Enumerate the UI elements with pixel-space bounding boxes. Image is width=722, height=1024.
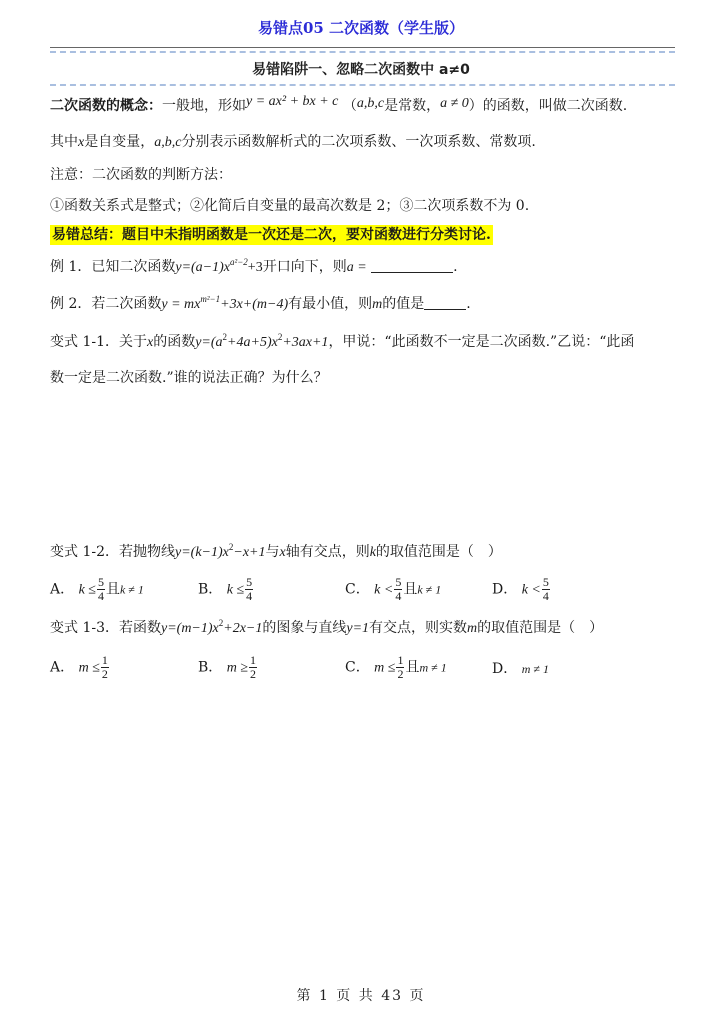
params: a,b,c: [154, 135, 181, 150]
option-a[interactable]: A． m ≤12: [50, 654, 110, 681]
option-a[interactable]: A． k ≤54且k ≠ 1: [50, 576, 144, 603]
option-b[interactable]: B． k ≤54: [198, 576, 254, 603]
var: m: [372, 297, 382, 312]
text: 是常数，: [384, 98, 440, 114]
section-dashed-rule: [50, 84, 675, 86]
formula: −x+1: [233, 545, 265, 560]
option-tail: k ≠ 1: [417, 583, 441, 597]
option-label: D．: [492, 661, 517, 677]
text: ）的函数，叫做二次函数.: [469, 98, 627, 114]
text: 是自变量，: [84, 134, 154, 150]
answer-blank[interactable]: [424, 295, 466, 310]
text: （: [343, 98, 357, 114]
text: 有交点，则实数: [369, 620, 467, 636]
text: 且: [106, 582, 120, 598]
numerator: 5: [542, 576, 550, 590]
text: 轴有交点，则: [286, 544, 370, 560]
option-c[interactable]: C． m ≤12且m ≠ 1: [345, 654, 447, 681]
variant-1-3: 变式 1-3．若函数y=(m−1)x2+2x−1的图象与直线y=1有交点，则实数…: [50, 618, 603, 639]
var: a =: [347, 260, 367, 275]
text: .: [453, 259, 457, 275]
text: 的函数: [153, 334, 195, 350]
text: 的取值范围是（ ）: [477, 620, 603, 636]
variant-1-1-line2: 数一定是二次函数.”谁的说法正确？为什么？: [50, 368, 328, 388]
fraction: 54: [542, 576, 550, 603]
option-label: D．: [492, 582, 517, 598]
option-d[interactable]: D． m ≠ 1: [492, 658, 549, 678]
explain-line: 其中x是自变量，a,b,c分别表示函数解析式的二次项系数、一次项系数、常数项.: [50, 132, 536, 153]
option-b[interactable]: B． m ≥12: [198, 654, 258, 681]
page-title: 易错点05 二次函数（学生版）: [0, 17, 722, 38]
summary-line: 易错总结：题目中未指明函数是一次还是二次，要对函数进行分类讨论.: [50, 225, 493, 245]
text: 变式 1-3．若函数: [50, 620, 161, 636]
concept-label: 二次函数的概念：: [50, 98, 162, 114]
option-c[interactable]: C． k <54且k ≠ 1: [345, 576, 441, 603]
numerator: 1: [101, 654, 109, 668]
fraction: 54: [97, 576, 105, 603]
fraction: 12: [396, 654, 404, 681]
summary-highlight: 易错总结：题目中未指明函数是一次还是二次，要对函数进行分类讨论.: [50, 225, 493, 245]
exponent: a²−2: [230, 257, 248, 267]
concept-line: 二次函数的概念：一般地，形如y = ax² + bx + c （a,b,c是常数…: [50, 96, 627, 117]
text: 的值是: [382, 296, 424, 312]
denominator: 2: [102, 668, 108, 681]
text: 开口向下，则: [263, 259, 347, 275]
option-label: B．: [198, 582, 222, 598]
formula: y=(a−1)x: [175, 260, 230, 275]
note-rules: ①函数关系式是整式；②化简后自变量的最高次数是 2；③二次项系数不为 0.: [50, 196, 529, 216]
fraction: 12: [249, 654, 257, 681]
numerator: 5: [245, 576, 253, 590]
params: a,b,c: [357, 96, 384, 111]
fraction: 54: [245, 576, 253, 603]
option-lhs: m ≤: [374, 661, 395, 676]
example-2: 例 2．若二次函数y = mxm²−1+3x+(m−4)有最小值，则m的值是.: [50, 294, 471, 315]
option-lhs: k <: [522, 583, 541, 598]
numerator: 1: [396, 654, 404, 668]
denominator: 2: [250, 668, 256, 681]
answer-blank[interactable]: [371, 258, 453, 273]
option-label: C．: [345, 660, 370, 676]
fraction: 12: [101, 654, 109, 681]
option-lhs: m ≥: [227, 661, 248, 676]
note-title: 注意：二次函数的判断方法：: [50, 165, 232, 185]
text: 分别表示函数解析式的二次项系数、一次项系数、常数项.: [181, 134, 535, 150]
formula: y = ax² + bx + c: [246, 94, 338, 109]
option-label: B．: [198, 660, 222, 676]
fraction: 54: [394, 576, 402, 603]
exponent: m²−1: [200, 294, 220, 304]
denominator: 4: [543, 590, 549, 603]
section-heading: 易错陷阱一、忽略二次函数中 a≠0: [0, 59, 722, 79]
text: 且: [405, 660, 419, 676]
denominator: 4: [246, 590, 252, 603]
text: 一般地，形如: [162, 98, 246, 114]
option-label: A．: [50, 660, 74, 676]
text: ，甲说：“此函数不一定是二次函数.”乙说：“此函: [328, 334, 634, 350]
denominator: 4: [98, 590, 104, 603]
option-lhs: k ≤: [227, 583, 244, 598]
option-label: C．: [345, 582, 370, 598]
option-lhs: m ≤: [79, 661, 100, 676]
option-d[interactable]: D． k <54: [492, 576, 551, 603]
text: 且: [403, 582, 417, 598]
formula: +4a+5)x: [227, 335, 278, 350]
header-rule: [50, 47, 675, 48]
condition: a ≠ 0: [440, 96, 469, 111]
formula: y=(a: [195, 335, 222, 350]
formula: y=(m−1)x: [161, 621, 219, 636]
text: .: [466, 296, 470, 312]
text: 与: [265, 544, 279, 560]
option-label: A．: [50, 582, 74, 598]
text: 其中: [50, 134, 78, 150]
text: 的取值范围是（ ）: [376, 544, 502, 560]
numerator: 5: [97, 576, 105, 590]
formula: +3ax+1: [282, 335, 328, 350]
option-tail: m ≠ 1: [419, 661, 446, 675]
var: m: [467, 621, 477, 636]
option-lhs: m ≠ 1: [522, 662, 549, 676]
option-lhs: k ≤: [79, 583, 96, 598]
denominator: 4: [395, 590, 401, 603]
formula: +3: [248, 260, 263, 275]
variant-1-2: 变式 1-2．若抛物线y=(k−1)x2−x+1与x轴有交点，则k的取值范围是（…: [50, 542, 502, 563]
formula: y=(k−1)x: [175, 545, 229, 560]
denominator: 2: [397, 668, 403, 681]
numerator: 1: [249, 654, 257, 668]
text: 例 1．已知二次函数: [50, 259, 175, 275]
variant-1-1: 变式 1-1．关于x的函数y=(a2+4a+5)x2+3ax+1，甲说：“此函数…: [50, 332, 634, 353]
text: 例 2．若二次函数: [50, 296, 161, 312]
formula: y=1: [346, 621, 369, 636]
text: 的图象与直线: [262, 620, 346, 636]
option-tail: k ≠ 1: [120, 583, 144, 597]
page-footer: 第 1 页 共 43 页: [0, 985, 722, 1005]
formula: y = mx: [161, 297, 200, 312]
text: 变式 1-1．关于: [50, 334, 147, 350]
text: 有最小值，则: [288, 296, 372, 312]
header-dashed-rule: [50, 51, 675, 53]
formula: +3x+(m−4): [220, 297, 288, 312]
option-lhs: k <: [374, 583, 393, 598]
example-1: 例 1．已知二次函数y=(a−1)xa²−2+3开口向下，则a = .: [50, 257, 458, 278]
text: 变式 1-2．若抛物线: [50, 544, 175, 560]
numerator: 5: [394, 576, 402, 590]
formula: +2x−1: [223, 621, 262, 636]
